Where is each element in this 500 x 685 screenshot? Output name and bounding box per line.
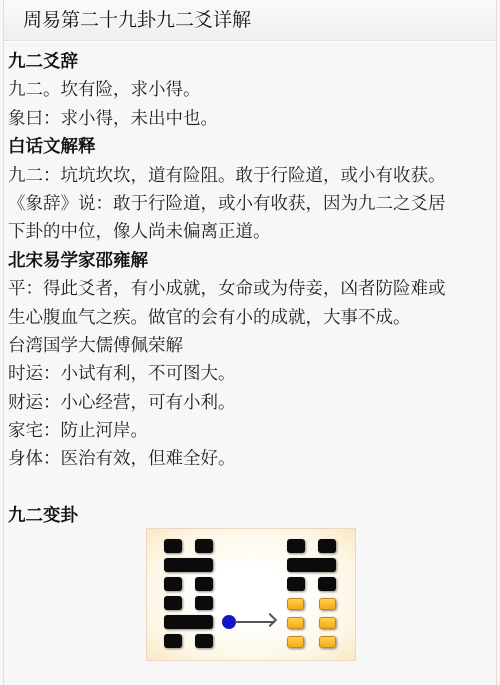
original-hexagram	[164, 539, 214, 653]
fupeirong-line: 财运：小心经营，可有小利。	[8, 389, 488, 417]
vernacular-line: 下卦的中位，像人尚未偏离正道。	[8, 218, 488, 246]
yaoci-line: 九二。坎有险，求小得。	[8, 76, 488, 104]
page-header: 周易第二十九卦九二爻详解	[4, 0, 496, 41]
section-heading-vernacular: 白话文解释	[8, 133, 488, 161]
section-heading-shaoyong: 北宋易学家邵雍解	[8, 247, 488, 275]
yang-line	[287, 558, 337, 572]
yin-line	[287, 539, 337, 553]
shaoyong-line: 生心腹血气之疾。做官的会有小的成就，大事不成。	[8, 304, 488, 332]
yaoci-line: 象曰：求小得，未出中也。	[8, 105, 488, 133]
fupeirong-line: 家宅：防止河岸。	[8, 417, 488, 445]
section-heading-fupeirong: 台湾国学大儒傅佩荣解	[8, 332, 488, 360]
hexagram-change-diagram	[146, 528, 356, 661]
yin-line-orange	[287, 615, 337, 629]
yang-line	[164, 558, 214, 572]
page-title: 周易第二十九卦九二爻详解	[23, 7, 251, 33]
changing-line-marker-icon	[222, 615, 236, 629]
vernacular-line: 九二：坑坑坎坎，道有险阻。敢于行险道，或小有收获。	[8, 162, 488, 190]
yang-line	[164, 615, 214, 629]
yin-line	[164, 577, 214, 591]
changed-hexagram	[287, 539, 337, 653]
yin-line	[164, 596, 214, 610]
article-content: 九二爻辞 九二。坎有险，求小得。 象曰：求小得，未出中也。 白话文解释 九二：坑…	[8, 48, 488, 531]
section-heading-yaoci: 九二爻辞	[8, 48, 488, 76]
arrow-head-icon	[263, 613, 277, 627]
yin-line-orange	[287, 596, 337, 610]
fupeirong-line: 身体：医治有效，但难全好。	[8, 445, 488, 473]
yin-line	[164, 634, 214, 648]
yin-line-orange	[287, 634, 337, 648]
vernacular-line: 《象辞》说：敢于行险道，或小有收获，因为九二之爻居	[8, 190, 488, 218]
shaoyong-line: 平：得此爻者，有小成就，女命或为侍妾，凶者防险难或	[8, 275, 488, 303]
yin-line	[164, 539, 214, 553]
section-heading-biangua: 九二变卦	[8, 502, 488, 530]
blank-line	[8, 474, 488, 502]
fupeirong-line: 时运：小试有利，不可图大。	[8, 360, 488, 388]
yin-line	[287, 577, 337, 591]
